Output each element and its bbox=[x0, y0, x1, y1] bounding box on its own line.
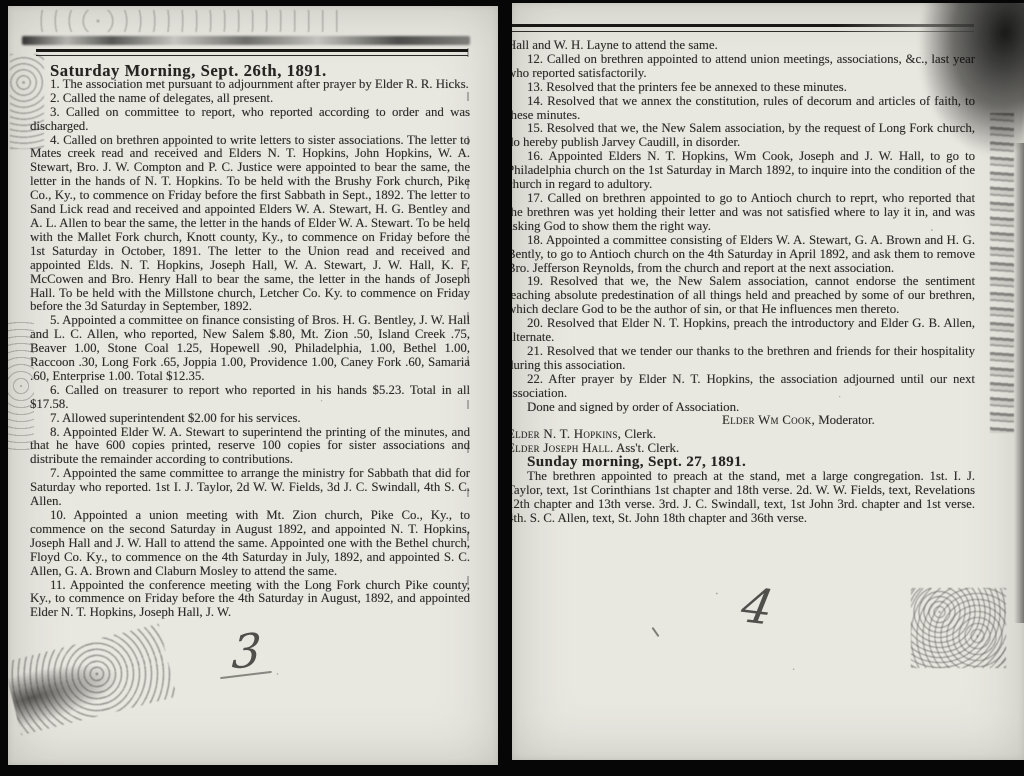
ink-smudge bbox=[911, 588, 1006, 668]
minute-item: 15. Resolved that we, the New Salem asso… bbox=[512, 122, 975, 150]
signature-role: Moderator. bbox=[815, 413, 875, 427]
closing-line: Done and signed by order of Association. bbox=[512, 401, 975, 415]
minute-item: 19. Resolved that we, the New Salem asso… bbox=[512, 275, 975, 317]
right-page-text: Hall and W. H. Layne to attend the same.… bbox=[512, 39, 975, 526]
minute-item: 16. Appointed Elders N. T. Hopkins, Wm C… bbox=[512, 150, 975, 192]
double-rule-top bbox=[36, 49, 468, 52]
page-heading-sunday: Sunday morning, Sept. 27, 1891. bbox=[512, 456, 975, 470]
ink-smudge bbox=[8, 624, 177, 735]
minutes-page-right: Hall and W. H. Layne to attend the same.… bbox=[512, 3, 1024, 760]
ink-smudge-band bbox=[22, 36, 470, 45]
continuation-line: Hall and W. H. Layne to attend the same. bbox=[512, 39, 975, 53]
minute-item: 1. The association met pursuant to adjou… bbox=[30, 78, 470, 92]
double-rule-bottom bbox=[36, 55, 468, 56]
handwritten-page-number: 3 bbox=[231, 622, 263, 679]
minute-item: 6. Called on treasurer to report who rep… bbox=[30, 384, 470, 412]
minute-item: 18. Appointed a committee consisting of … bbox=[512, 234, 975, 276]
signature-moderator: Elder Wm Cook, Moderator. bbox=[512, 414, 975, 428]
signature-name: Elder Joseph Hall. bbox=[512, 441, 614, 455]
scanned-document: Saturday Morning, Sept. 26th, 1891. 1. T… bbox=[0, 0, 1024, 776]
minute-item: 14. Resolved that we annex the constitut… bbox=[512, 95, 975, 123]
page-heading-saturday: Saturday Morning, Sept. 26th, 1891. bbox=[30, 64, 470, 78]
minutes-page-left: Saturday Morning, Sept. 26th, 1891. 1. T… bbox=[8, 6, 498, 765]
ink-smudge bbox=[990, 113, 1014, 433]
minute-item: 21. Resolved that we tender our thanks t… bbox=[512, 345, 975, 373]
signature-role: Clerk. bbox=[621, 427, 656, 441]
ink-smudge bbox=[1014, 143, 1024, 623]
minute-item: 4. Called on brethren appointed to write… bbox=[30, 134, 470, 315]
minute-item: 7. Appointed the same committee to arran… bbox=[30, 467, 470, 509]
handwriting-stroke bbox=[652, 627, 660, 637]
minute-item: 17. Called on brethren appointed to go t… bbox=[512, 192, 975, 234]
signature-role: Ass't. Clerk. bbox=[614, 441, 680, 455]
ink-smudge bbox=[38, 10, 338, 32]
minute-item: 5. Appointed a committee on finance cons… bbox=[30, 314, 470, 384]
double-rule-top bbox=[512, 24, 974, 27]
minute-item: 22. After prayer by Elder N. T. Hopkins,… bbox=[512, 373, 975, 401]
minute-item: 7. Allowed superintendent $2.00 for his … bbox=[30, 412, 470, 426]
minute-item: 2. Called the name of delegates, all pre… bbox=[30, 92, 470, 106]
minute-item: 3. Called on committee to report, who re… bbox=[30, 106, 470, 134]
signature-clerk: Elder N. T. Hopkins, Clerk. bbox=[512, 428, 975, 442]
minute-item: 10. Appointed a union meeting with Mt. Z… bbox=[30, 509, 470, 579]
left-page-text: Saturday Morning, Sept. 26th, 1891. 1. T… bbox=[30, 64, 470, 620]
signature-name: Elder N. T. Hopkins, bbox=[512, 427, 621, 441]
double-rule-bottom bbox=[512, 31, 974, 32]
minute-item: 12. Called on brethren appointed to atte… bbox=[512, 53, 975, 81]
handwritten-page-number: 4 bbox=[737, 578, 778, 637]
minute-item: 11. Appointed the conference meeting wit… bbox=[30, 579, 470, 621]
minute-item: 8. Appointed Elder W. A. Stewart to supe… bbox=[30, 426, 470, 468]
minute-item: 13. Resolved that the printers fee be an… bbox=[512, 81, 975, 95]
sunday-paragraph: The brethren appointed to preach at the … bbox=[512, 470, 975, 526]
signature-name: Elder Wm Cook, bbox=[722, 413, 815, 427]
minute-item: 20. Resolved that Elder N. T. Hopkins, p… bbox=[512, 317, 975, 345]
